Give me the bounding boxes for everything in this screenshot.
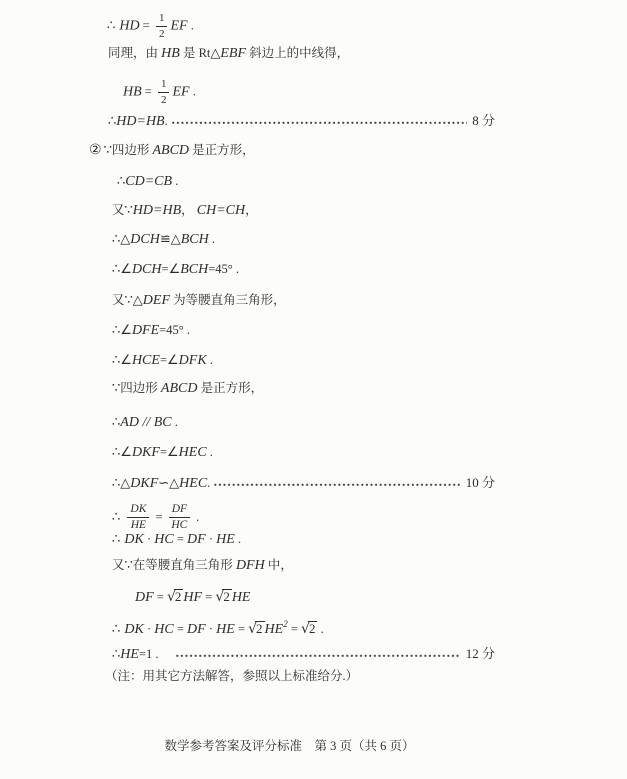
fraction-numerator: DF <box>169 503 190 518</box>
fraction-numerator: DK <box>127 503 149 518</box>
period: . <box>207 353 213 367</box>
fraction: 12 <box>156 12 168 40</box>
math-variable: ABCD <box>152 143 189 158</box>
radicand: 2 <box>255 621 265 636</box>
period: . <box>209 232 215 246</box>
dotted-leader <box>214 483 460 487</box>
math-variable: BCH <box>181 232 209 247</box>
comma: ， <box>181 203 197 217</box>
multiply-dot: · <box>206 622 216 636</box>
math-variable: EF <box>172 84 189 99</box>
dotted-leader <box>176 654 461 658</box>
math-variable: AD <box>120 415 139 430</box>
proof-line-03: HB = 12EF . <box>123 78 196 106</box>
fraction-denominator: 2 <box>156 27 168 41</box>
proof-line-10: 又∵△DEF 为等腰直角三角形， <box>112 290 286 311</box>
period: . <box>188 18 194 32</box>
proof-line-13: ∵四边形 ABCD 是正方形， <box>112 378 263 399</box>
period: . <box>172 174 178 188</box>
radicand: 2 <box>222 589 232 604</box>
multiply-dot: · <box>206 532 216 546</box>
therefore-angle-symbol: ∴∠ <box>112 353 132 368</box>
chinese-text: 是 Rt <box>180 46 211 60</box>
equals-sign: = <box>140 18 153 32</box>
proof-line-06: ∴CD=CB . <box>117 171 178 192</box>
proof-line-16: ∴△DKF∽△HEC .10 分 <box>112 471 495 494</box>
radical: √2 <box>215 590 231 605</box>
multiply-dot: · <box>144 622 154 636</box>
comma: ， <box>245 203 258 217</box>
proof-line-14: ∴AD // BC . <box>112 412 178 433</box>
math-variable: DKF <box>130 474 158 494</box>
math-equation: HD=HB <box>116 112 164 132</box>
parallel-symbol: // <box>139 415 154 430</box>
chinese-text: 又 <box>112 558 125 572</box>
angle-symbol: ∠ <box>167 445 179 460</box>
therefore-symbol: ∴ <box>107 18 119 33</box>
proof-line-07: 又∵HD=HB， CH=CH， <box>112 200 258 221</box>
math-variable: DFH <box>236 558 265 573</box>
therefore-symbol: ∴ <box>112 622 124 637</box>
proof-line-01: ∴ HD = 12EF . <box>107 12 194 40</box>
triangle-symbol: △ <box>210 46 220 61</box>
proof-line-12: ∴∠HCE=∠DFK . <box>112 350 213 371</box>
chinese-text: 四边形 <box>120 381 161 395</box>
math-variable: HEC <box>179 474 207 494</box>
page-footer: 数学参考答案及评分标准 第 3 页（共 6 页） <box>0 736 579 756</box>
therefore-angle-symbol: ∴∠ <box>112 445 132 460</box>
period: . <box>193 510 199 524</box>
math-equation: CH=CH <box>197 203 245 218</box>
note-text: （注：用其它方法解答，参照以上标准给分.） <box>105 669 358 683</box>
equals-sign: = <box>160 353 167 367</box>
period: . <box>207 445 213 459</box>
fraction-denominator: 2 <box>158 93 170 107</box>
math-variable: DF <box>135 590 154 605</box>
math-variable: ABCD <box>161 381 198 396</box>
period: . <box>235 532 241 546</box>
period: . <box>172 415 178 429</box>
therefore-symbol: ∴ <box>112 510 124 525</box>
proof-line-09: ∴∠DCH=∠BCH=45° . <box>112 259 239 280</box>
value-text: =45° . <box>208 262 239 276</box>
math-variable: DFK <box>179 353 207 368</box>
math-variable: HEC <box>179 445 207 460</box>
similar-symbol: ∽△ <box>158 474 179 494</box>
page: ∴ HD = 12EF . 同理，由 HB 是 Rt△EBF 斜边上的中线得， … <box>0 0 627 779</box>
equals-sign: = <box>142 84 155 98</box>
chinese-text: 在等腰直角三角形 <box>133 558 236 572</box>
value-text: =45° . <box>159 323 190 337</box>
equals-sign: = <box>154 590 167 604</box>
footer-text: 数学参考答案及评分标准 第 3 页（共 6 页） <box>164 739 414 753</box>
math-equation: HD=HB <box>133 203 181 218</box>
math-variable: DF <box>187 532 206 547</box>
score-label: 8 分 <box>472 111 495 131</box>
math-equation: CD=CB <box>125 174 172 189</box>
proof-line-18: ∴ DK · HC = DF · HE . <box>112 529 241 550</box>
proof-line-04: ∴ HD=HB .8 分 <box>108 109 495 132</box>
period: . <box>165 111 168 131</box>
period: . <box>190 84 196 98</box>
proof-line-05: ②∵四边形 ABCD 是正方形， <box>89 140 255 161</box>
math-variable: DF <box>187 622 206 637</box>
because-triangle-symbol: ∵△ <box>125 293 143 308</box>
math-variable: DKF <box>132 445 160 460</box>
equals-sign: = <box>174 532 187 546</box>
chinese-text: 为等腰直角三角形， <box>170 293 286 307</box>
proof-line-15: ∴∠DKF=∠HEC . <box>112 442 213 463</box>
math-variable: HC <box>154 622 173 637</box>
chinese-text: 四边形 <box>112 143 153 157</box>
math-variable: EF <box>170 18 187 33</box>
math-variable: HB <box>161 46 180 61</box>
because-symbol: ∵ <box>125 203 133 218</box>
proof-line-08: ∴△DCH≌△BCH . <box>112 229 215 250</box>
chinese-text: 又 <box>112 203 125 217</box>
chinese-text: 又 <box>112 293 125 307</box>
fraction-numerator: 1 <box>158 78 170 93</box>
proof-line-19: 又∵在等腰直角三角形 DFH 中， <box>112 555 293 576</box>
equals-sign: = <box>152 510 165 524</box>
math-variable: HE <box>265 622 284 637</box>
congruent-symbol: ≌△ <box>160 232 181 247</box>
radicand: 2 <box>174 589 184 604</box>
math-variable: HE <box>232 590 251 605</box>
math-variable: HE <box>216 622 235 637</box>
math-variable: HC <box>154 532 173 547</box>
chinese-text: 是正方形， <box>189 143 255 157</box>
because-symbol: ∵ <box>104 143 112 158</box>
dotted-leader <box>172 121 467 125</box>
proof-line-02: 同理，由 HB 是 Rt△EBF 斜边上的中线得， <box>108 43 349 64</box>
proof-line-20: DF = √2HF = √2HE <box>135 587 250 608</box>
equals-sign: = <box>235 622 248 636</box>
proof-line-11: ∴∠DFE=45° . <box>112 320 190 341</box>
value-text: =1 . <box>139 644 159 664</box>
chinese-text: 中， <box>265 558 293 572</box>
therefore-angle-symbol: ∴∠ <box>112 262 132 277</box>
chinese-text: 是正方形， <box>197 381 263 395</box>
period: . <box>207 473 210 493</box>
math-variable: HCE <box>132 353 160 368</box>
proof-line-21: ∴ DK · HC = DF · HE = √2HE2 = √2 . <box>112 614 324 640</box>
math-variable: DK <box>124 622 143 637</box>
chinese-text: 同理，由 <box>108 46 161 60</box>
chinese-text: 斜边上的中线得， <box>246 46 349 60</box>
math-variable: DCH <box>132 262 162 277</box>
note-line: （注：用其它方法解答，参照以上标准给分.） <box>105 666 358 687</box>
therefore-symbol: ∴ <box>112 532 124 547</box>
therefore-angle-symbol: ∴∠ <box>112 323 132 338</box>
score-label: 12 分 <box>466 644 495 664</box>
math-variable: HF <box>183 590 202 605</box>
math-variable: BCH <box>180 262 208 277</box>
math-variable: DFE <box>132 323 159 338</box>
therefore-triangle-symbol: ∴△ <box>112 474 130 494</box>
math-variable: BC <box>154 415 172 430</box>
fraction: 12 <box>158 78 170 106</box>
math-variable: EBF <box>220 46 246 61</box>
math-variable: HE <box>120 645 139 665</box>
fraction-numerator: 1 <box>156 12 168 27</box>
multiply-dot: · <box>144 532 154 546</box>
radical: √2 <box>248 622 264 637</box>
equals-sign: = <box>202 590 215 604</box>
radical: √2 <box>301 622 317 637</box>
math-variable: DEF <box>143 293 170 308</box>
radical: √2 <box>167 590 183 605</box>
math-variable: HB <box>123 84 142 99</box>
math-variable: HE <box>216 532 235 547</box>
equals-sign: = <box>162 262 169 276</box>
math-variable: HD <box>119 18 139 33</box>
equals-sign: = <box>160 445 167 459</box>
math-variable: DK <box>124 532 143 547</box>
therefore-triangle-symbol: ∴△ <box>112 232 130 247</box>
equals-sign: = <box>288 622 301 636</box>
angle-symbol: ∠ <box>167 353 179 368</box>
proof-line-22: ∴ HE=1 .12 分 <box>112 642 495 665</box>
period: . <box>317 622 323 636</box>
math-variable: DCH <box>130 232 160 247</box>
because-symbol: ∵ <box>125 558 133 573</box>
section-marker: ② <box>89 142 102 158</box>
equals-sign: = <box>174 622 187 636</box>
score-label: 10 分 <box>466 473 495 493</box>
angle-symbol: ∠ <box>169 262 181 277</box>
